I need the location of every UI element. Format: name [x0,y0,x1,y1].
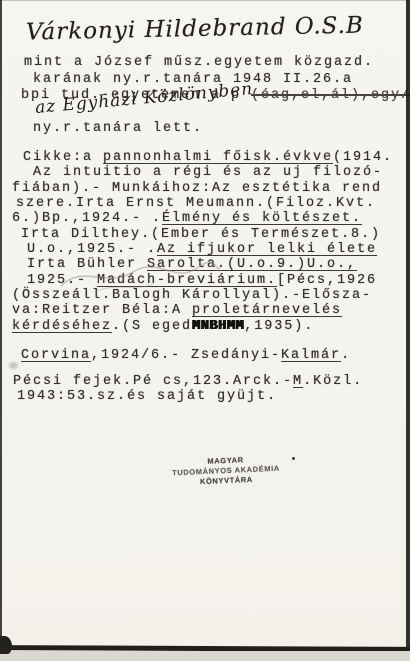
typed-line: 6.)Bp.,1924.- .Élmény és költészet. [12,212,362,226]
typed-line: U.o.,1925.- .Az ifjukor lelki élete [27,243,377,257]
typed-line: ny.r.tanára lett. [33,122,203,136]
card-edge-right [406,0,410,661]
typed-line: szere.Irta Ernst Meumann.(Filoz.Kvt. [16,197,376,211]
typed-line: Corvina,1924/6.- Zsedányi-Kalmár. [21,349,351,363]
scanner-background [0,651,410,661]
card-edge-left [0,0,2,661]
typed-line: mint a József műsz.egyetem közgazd. [24,56,374,70]
typed-line: Pécsi fejek.Pé cs,123.Arck.-M.Közl. [13,375,363,389]
typed-line: Irta Dilthey.(Ember és Természet.8.) [21,228,381,242]
typed-line: kérdéséhez.(S egedMNBHMM,1935). [12,320,314,334]
typed-line: 1943:53.sz.és saját gyüjt. [17,390,277,404]
pencil-scribble [55,258,225,298]
ink-dot [292,457,295,460]
typed-line: Cikke:a pannonhalmi főisk.évkve(1914. [23,151,393,165]
library-stamp: MAGYAR TUDOMÁNYOS AKADÉMIA KÖNYVTÁRA [155,453,296,489]
paper-smudge [9,362,18,369]
typed-line: Az intuitio a régi és az uj filozó- [33,166,383,180]
catalog-card: Várkonyi Hildebrand O.S.B mint a József … [0,0,410,661]
card-corner-shadow [0,636,12,654]
typed-line: fiában).- Munkáihoz:Az esztétika rend [12,182,382,196]
handwritten-name: Várkonyi Hildebrand O.S.B [26,12,364,45]
typed-line: va:Reitzer Béla:A proletárnevelés [12,304,342,318]
card-edge-top [0,0,410,1]
